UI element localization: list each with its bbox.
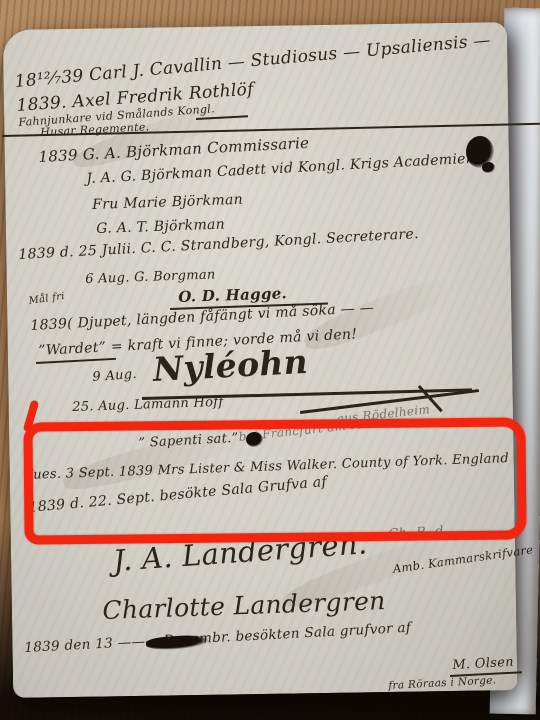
- entry-hagge: O. D. Hagge.: [178, 284, 287, 306]
- ink-blot: [482, 162, 495, 173]
- photo-of-guestbook-page: 18¹²⁄₇39 Carl J. Cavallin — Studiosus — …: [0, 0, 540, 720]
- flourish-signature: Nyléohn: [152, 342, 309, 389]
- signature-olsen: M. Olsen: [452, 655, 514, 673]
- red-annotation-box: [23, 417, 526, 544]
- entry-9aug: 9 Aug.: [92, 367, 137, 385]
